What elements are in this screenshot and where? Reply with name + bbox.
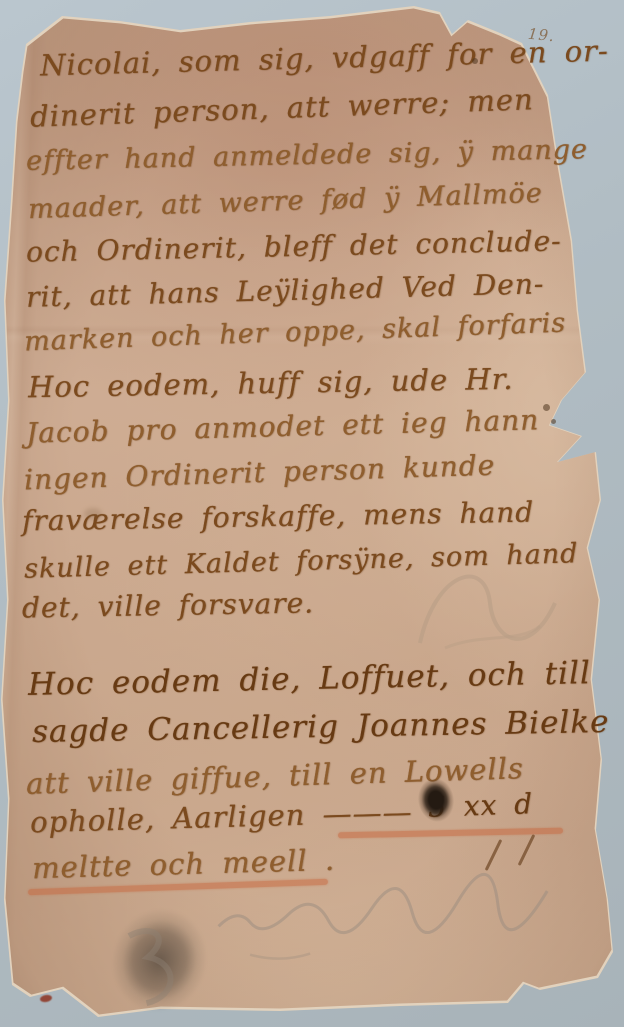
manuscript-photo: 19. Nicolai, som sig, vdgaff for en or- … [0, 0, 624, 1027]
text-line: sagde Cancellerig Joannes Bielke [32, 707, 610, 748]
text-line: dinerit person, att werre; men [30, 85, 534, 132]
faint-pencil-scribble [97, 868, 584, 1027]
tally-slash [518, 834, 536, 866]
text-line: Nicolai, som sig, vdgaff for en or- [40, 37, 609, 81]
stain-speck [84, 508, 102, 520]
text-line: Hoc eodem die, Loffuet, och till [28, 658, 591, 701]
red-mark [39, 994, 52, 1003]
ink-bleedthrough-flourish [390, 548, 590, 668]
text-line: ingen Ordinerit person kunde [24, 452, 496, 495]
text-line: och Ordinerit, bleff det conclude- [26, 227, 562, 266]
text-line: marken och her oppe, skal forfaris [24, 310, 567, 356]
tally-slash [485, 839, 503, 871]
stain-speck [543, 404, 550, 411]
handwriting-layer: 19. Nicolai, som sig, vdgaff for en or- … [0, 0, 624, 1027]
text-line: Jacob pro anmodet ett ieg hann [26, 406, 540, 447]
text-line: Hoc eodem, huff sig, ude Hr. [28, 365, 514, 402]
text-line: effter hand anmeldede sig, ÿ mange [26, 136, 588, 175]
text-line: maader, att werre fød ÿ Mallmöe [28, 180, 543, 223]
stain-speck [472, 58, 478, 64]
text-line: rit, att hans Leÿlighed Ved Den- [26, 270, 545, 312]
text-line: meltte och meell . [32, 846, 336, 883]
text-line: det, ville forsvare. [22, 589, 314, 622]
stain-speck [551, 419, 556, 424]
